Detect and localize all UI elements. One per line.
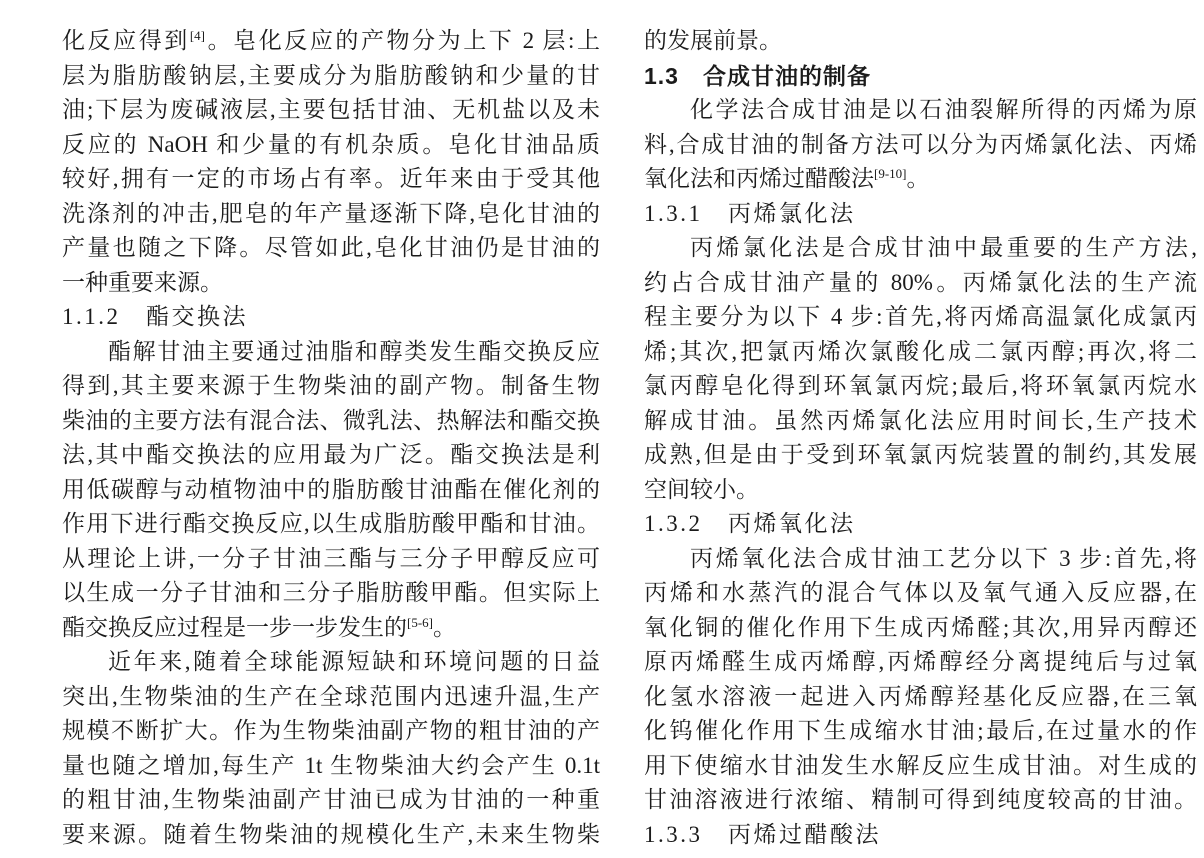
text-line: 突出,生物柴油的生产在全球范围内迅速升温,生产: [62, 680, 600, 715]
text-line: 规模不断扩大。作为生物柴油副产物的粗甘油的产: [62, 714, 600, 749]
text-line: 丙烯氯化法是合成甘油中最重要的生产方法,: [644, 231, 1197, 266]
section-heading: 1.3.3 丙烯过醋酸法: [644, 818, 1197, 853]
right-text-column: 的发展前景。1.3 合成甘油的制备化学法合成甘油是以石油裂解所得的丙烯为原料,合…: [644, 24, 1197, 852]
text-line: 氧化铜的催化作用下生成丙烯醛;其次,用异丙醇还: [644, 611, 1197, 646]
text-line: 解成甘油。虽然丙烯氯化法应用时间长,生产技术: [644, 404, 1197, 439]
text-line: 反应的 NaOH 和少量的有机杂质。皂化甘油品质: [62, 128, 600, 163]
text-line: 产量也随之下降。尽管如此,皂化甘油仍是甘油的: [62, 231, 600, 266]
text-line: 成熟,但是由于受到环氧氯丙烷装置的制约,其发展: [644, 438, 1197, 473]
text-line: 酯交换反应过程是一步一步发生的[5-6]。: [62, 611, 600, 646]
text-line: 甘油溶液进行浓缩、精制可得到纯度较高的甘油。: [644, 783, 1197, 818]
text-line: 洗涤剂的冲击,肥皂的年产量逐渐下降,皂化甘油的: [62, 197, 600, 232]
text-line: 的粗甘油,生物柴油副产甘油已成为甘油的一种重: [62, 783, 600, 818]
citation-superscript: [5-6]: [407, 615, 433, 630]
text-line: 用低碳醇与动植物油中的脂肪酸甘油酯在催化剂的: [62, 473, 600, 508]
text-line: 化氢水溶液一起进入丙烯醇羟基化反应器,在三氧: [644, 680, 1197, 715]
paper-page: 化反应得到[4]。皂化反应的产物分为上下 2 层:上层为脂肪酸钠层,主要成分为脂…: [0, 0, 1204, 858]
section-heading: 1.3 合成甘油的制备: [644, 59, 1197, 94]
text-line: 得到,其主要来源于生物柴油的副产物。制备生物: [62, 369, 600, 404]
text-line: 近年来,随着全球能源短缺和环境问题的日益: [62, 645, 600, 680]
text-line: 氯丙醇皂化得到环氧氯丙烷;最后,将环氧氯丙烷水: [644, 369, 1197, 404]
section-heading: 1.3.2 丙烯氧化法: [644, 507, 1197, 542]
citation-superscript: [4]: [190, 28, 205, 43]
text-line: 程主要分为以下 4 步:首先,将丙烯高温氯化成氯丙: [644, 300, 1197, 335]
text-line: 丙烯氧化法合成甘油工艺分以下 3 步:首先,将: [644, 542, 1197, 577]
text-line: 约占合成甘油产量的 80%。丙烯氯化法的生产流: [644, 266, 1197, 301]
text-line: 空间较小。: [644, 473, 1197, 508]
text-line: 从理论上讲,一分子甘油三酯与三分子甲醇反应可: [62, 542, 600, 577]
text-line: 油;下层为废碱液层,主要包括甘油、无机盐以及未: [62, 93, 600, 128]
text-line: 以生成一分子甘油和三分子脂肪酸甲酯。但实际上: [62, 576, 600, 611]
text-line: 用下使缩水甘油发生水解反应生成甘油。对生成的: [644, 749, 1197, 784]
text-line: 要来源。随着生物柴油的规模化生产,未来生物柴: [62, 818, 600, 853]
text-line: 化学法合成甘油是以石油裂解所得的丙烯为原: [644, 93, 1197, 128]
text-line: 化钨催化作用下生成缩水甘油;最后,在过量水的作: [644, 714, 1197, 749]
text-line: 柴油的主要方法有混合法、微乳法、热解法和酯交换: [62, 404, 600, 439]
text-line: 氧化法和丙烯过醋酸法[9-10]。: [644, 162, 1197, 197]
text-line: 酯解甘油主要通过油脂和醇类发生酯交换反应: [62, 335, 600, 370]
text-line: 法,其中酯交换法的应用最为广泛。酯交换法是利: [62, 438, 600, 473]
citation-superscript: [9-10]: [874, 166, 907, 181]
text-line: 较好,拥有一定的市场占有率。近年来由于受其他: [62, 162, 600, 197]
text-line: 化反应得到[4]。皂化反应的产物分为上下 2 层:上: [62, 24, 600, 59]
text-line: 层为脂肪酸钠层,主要成分为脂肪酸钠和少量的甘: [62, 59, 600, 94]
text-line: 原丙烯醛生成丙烯醇,丙烯醇经分离提纯后与过氧: [644, 645, 1197, 680]
text-line: 一种重要来源。: [62, 266, 600, 301]
text-line: 量也随之增加,每生产 1t 生物柴油大约会产生 0.1t: [62, 749, 600, 784]
section-heading: 1.1.2 酯交换法: [62, 300, 600, 335]
text-line: 烯;其次,把氯丙烯次氯酸化成二氯丙醇;再次,将二: [644, 335, 1197, 370]
text-line: 作用下进行酯交换反应,以生成脂肪酸甲酯和甘油。: [62, 507, 600, 542]
text-line: 丙烯和水蒸汽的混合气体以及氧气通入反应器,在: [644, 576, 1197, 611]
section-heading: 1.3.1 丙烯氯化法: [644, 197, 1197, 232]
text-line: 的发展前景。: [644, 24, 1197, 59]
text-line: 料,合成甘油的制备方法可以分为丙烯氯化法、丙烯: [644, 128, 1197, 163]
left-text-column: 化反应得到[4]。皂化反应的产物分为上下 2 层:上层为脂肪酸钠层,主要成分为脂…: [62, 24, 600, 852]
